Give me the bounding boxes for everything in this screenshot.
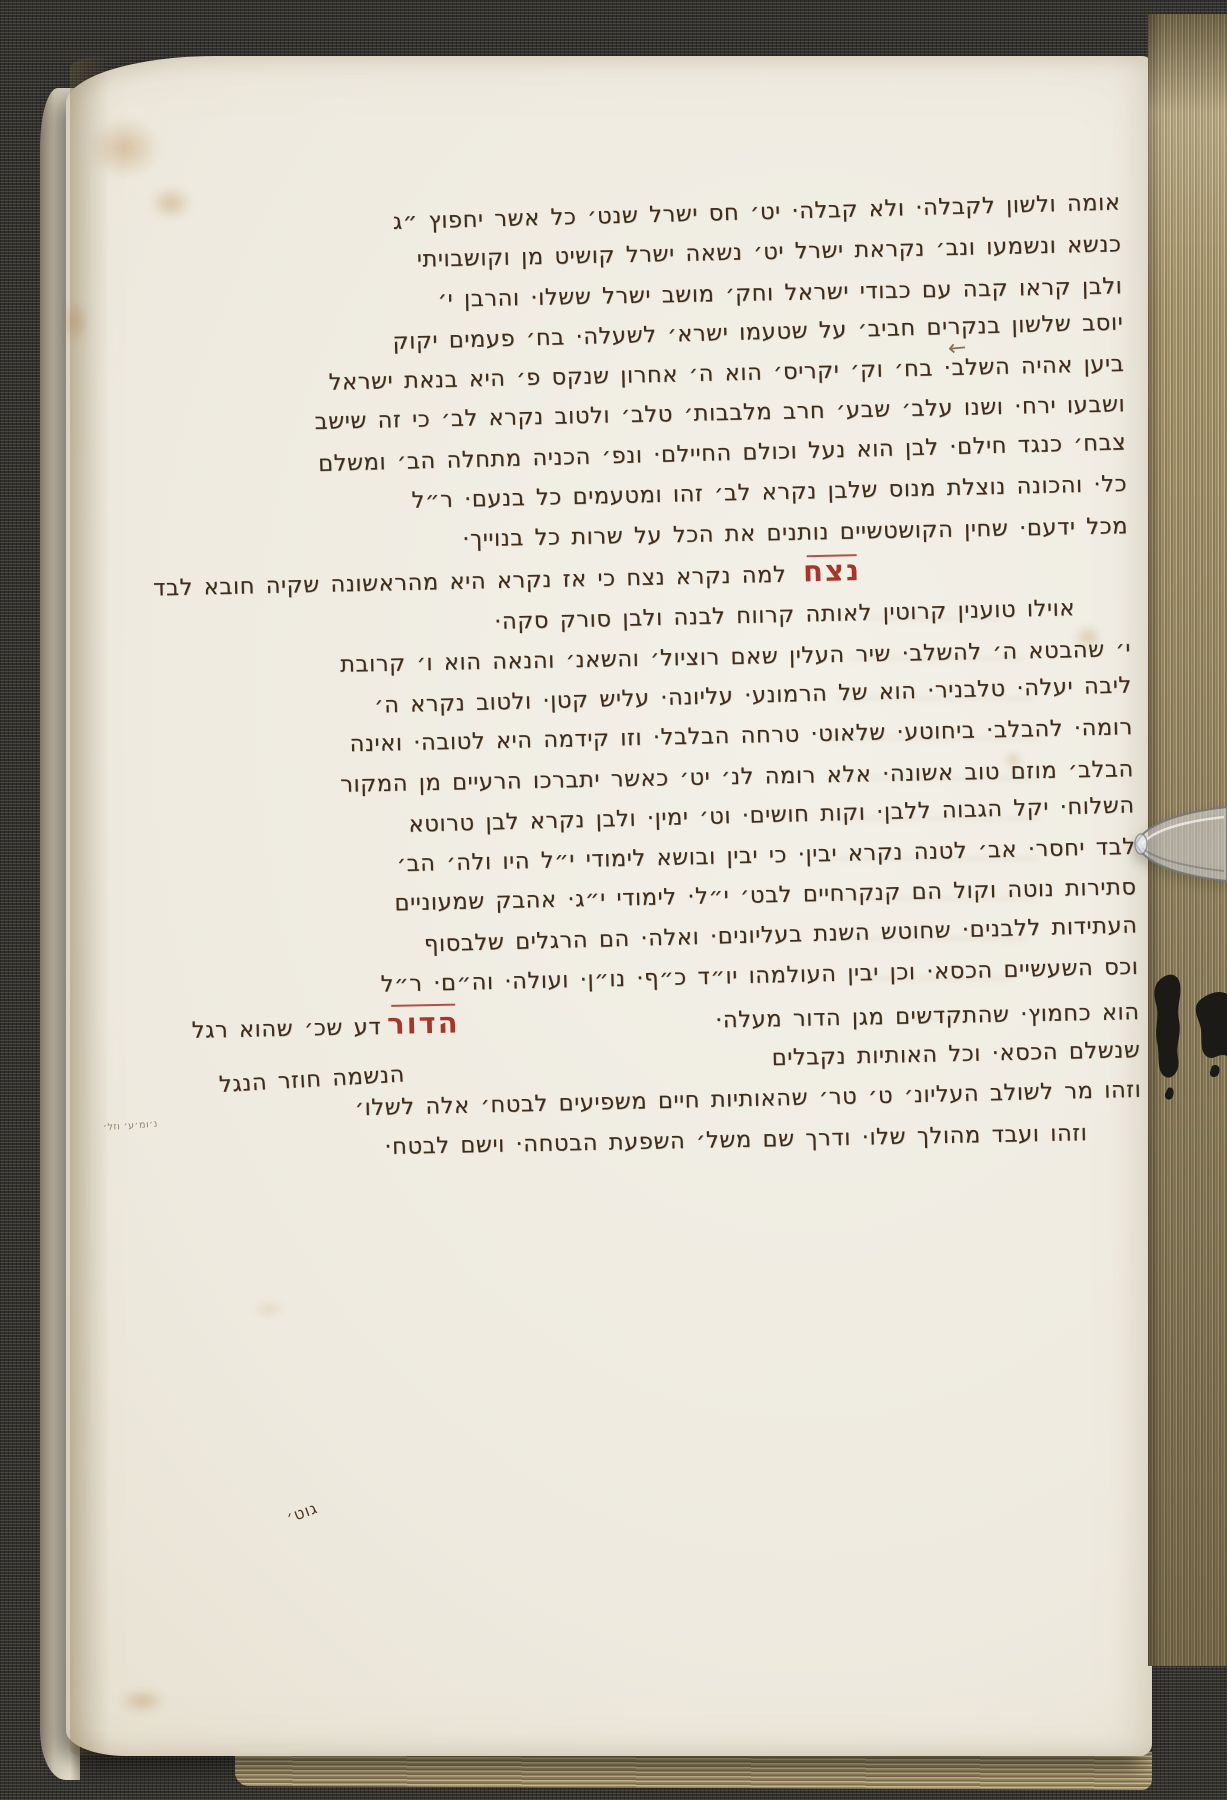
text-after-rubric: דע שכ׳ שהוא רגל xyxy=(191,1007,381,1051)
text-after-rubric: למה נקרא נצח כי אז נקרא היא מהראשונה שקי… xyxy=(153,562,787,602)
margin-arrow-mark: ← xyxy=(947,335,968,362)
foxing-stain xyxy=(252,1302,286,1316)
reading-weight xyxy=(1128,794,1227,894)
foxing-stain xyxy=(62,300,88,344)
rubric-word-netsah: נצח xyxy=(797,553,868,589)
manuscript-photograph: אומה ולשון לקבלה· ולא קבלה· יט׳ חס ישרל … xyxy=(0,0,1227,1800)
ink-stain-marks xyxy=(1148,970,1227,1130)
text-line-right-part: שנשלם הכסא· וכל האותיות נקבלים xyxy=(771,1030,1141,1078)
text-block: אומה ולשון לקבלה· ולא קבלה· יט׳ חס ישרל … xyxy=(172,184,1142,1172)
rubric-word-hadur: הדור xyxy=(381,1002,466,1044)
foxing-stain xyxy=(118,1688,166,1714)
foxing-stain xyxy=(88,118,160,178)
